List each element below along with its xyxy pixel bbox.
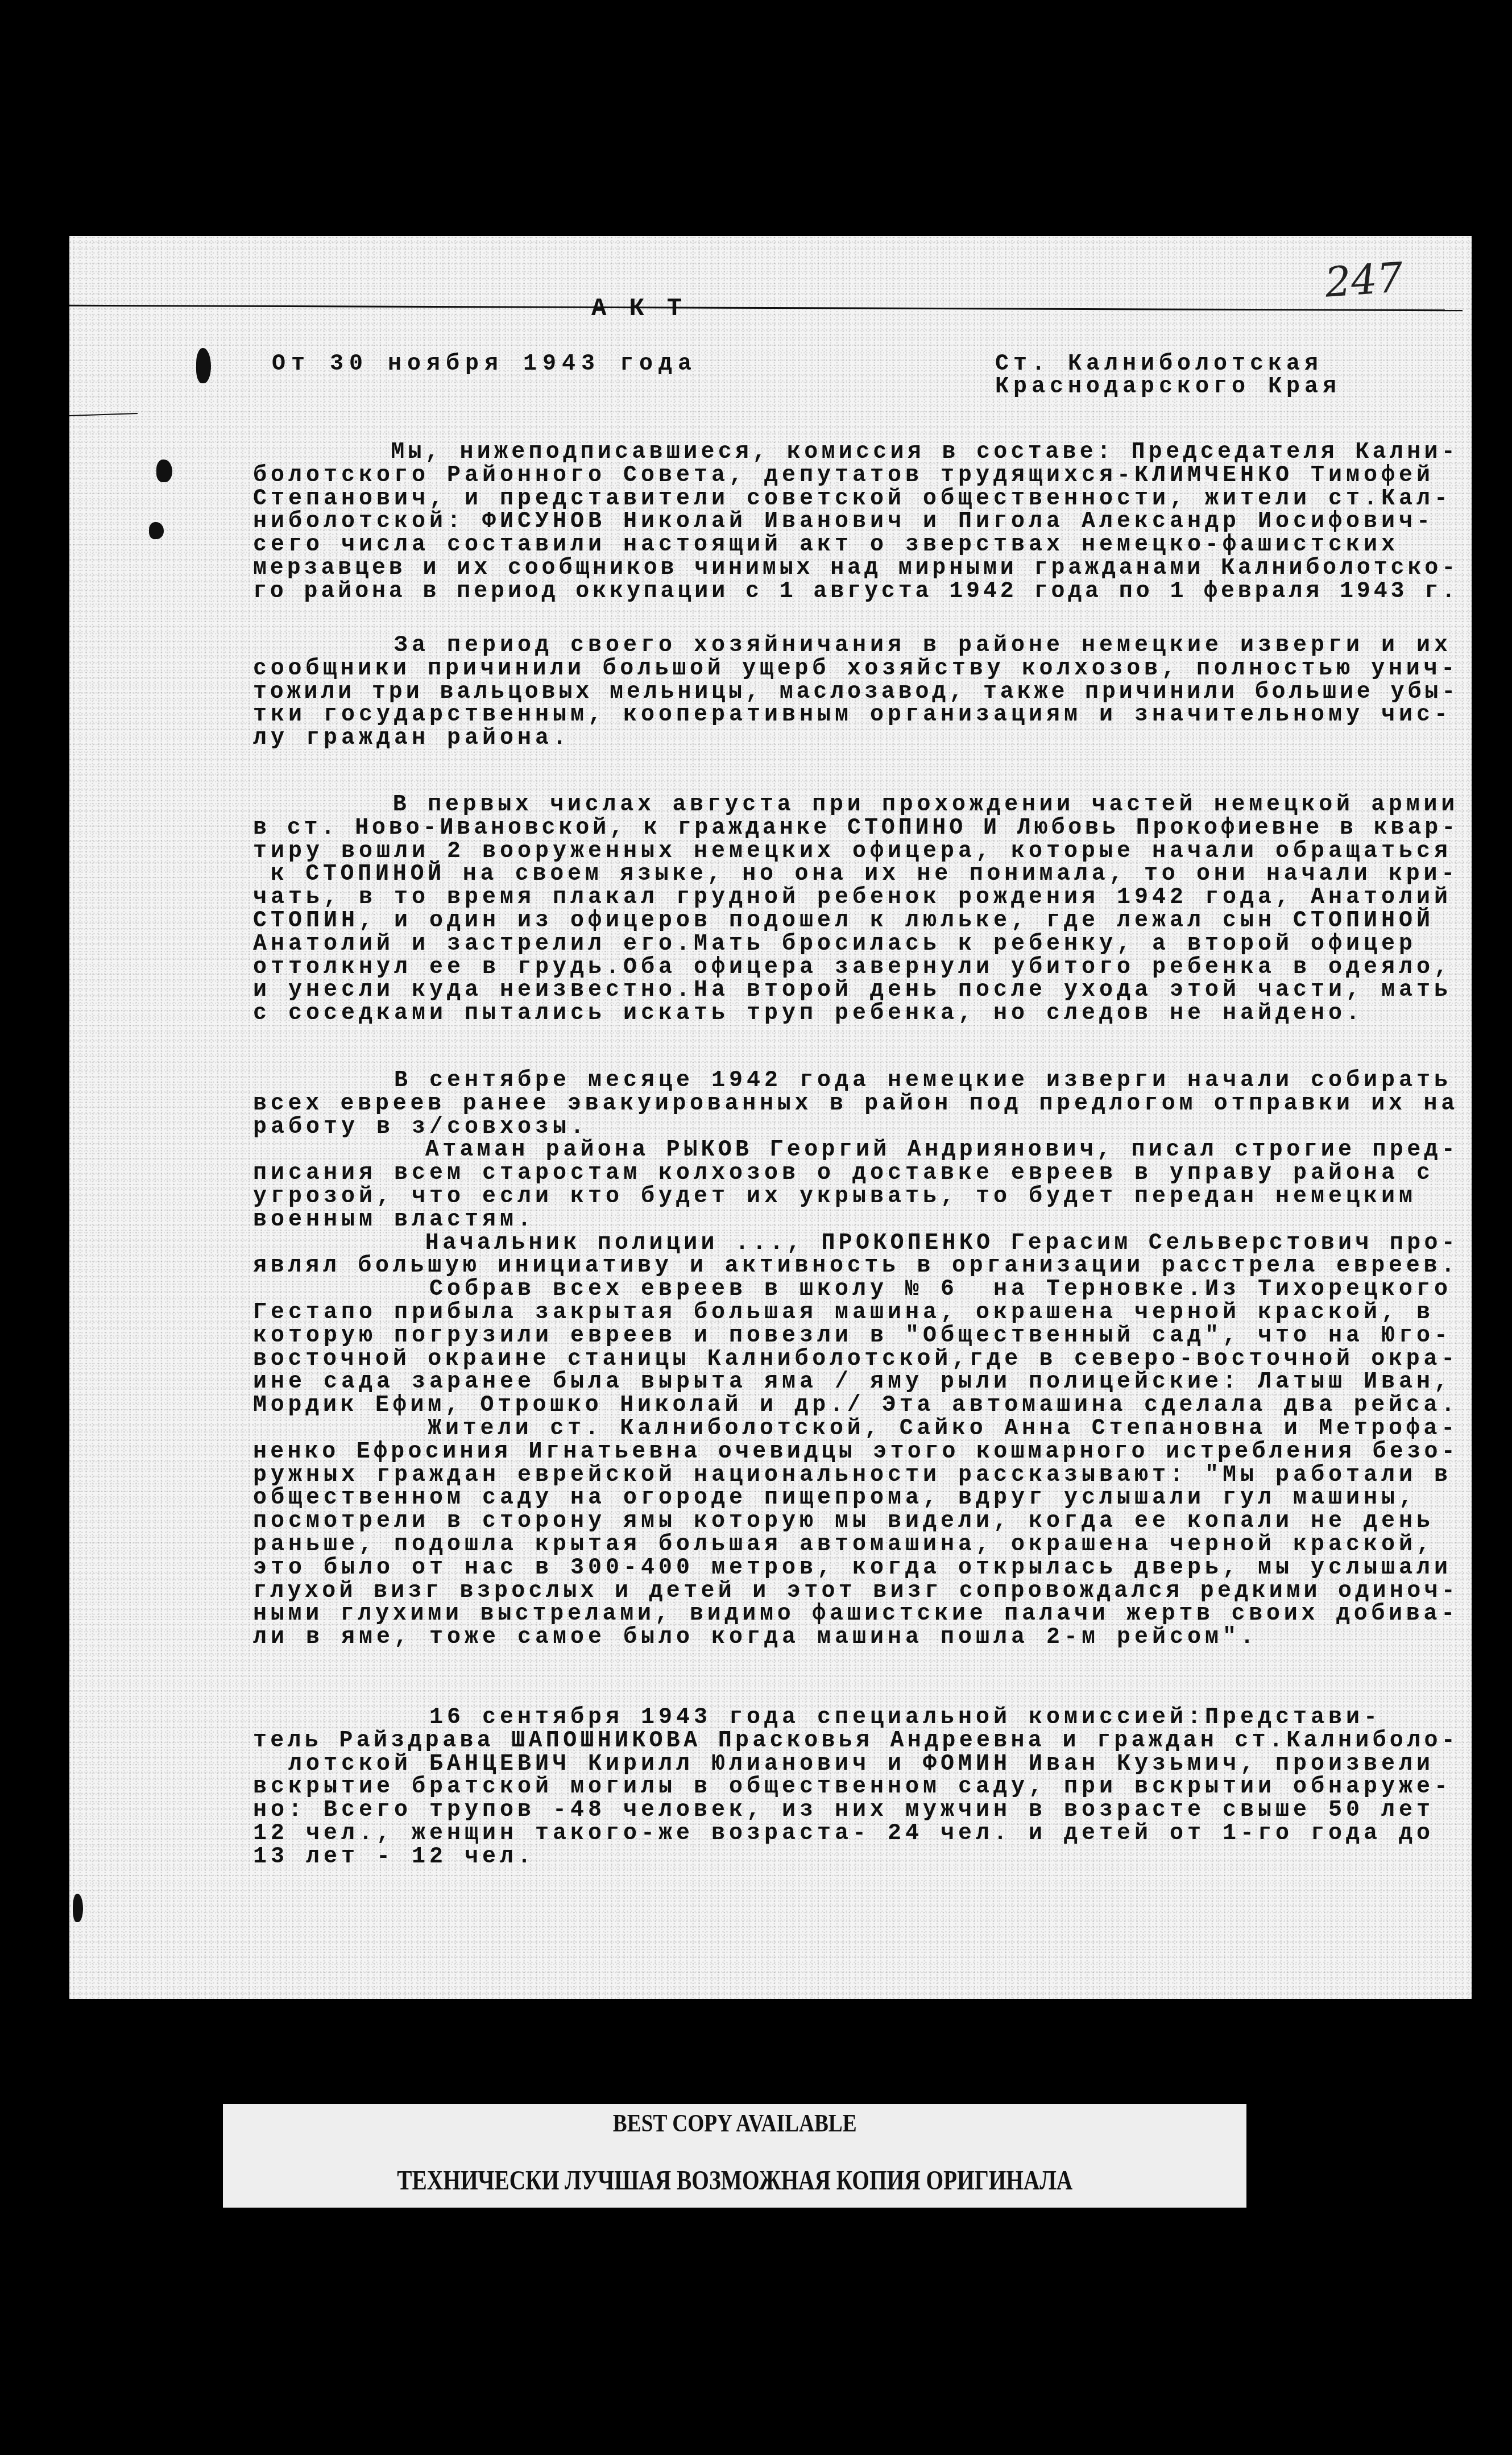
typed-line-stopino: чать, в то время плакал грудной ребенок … [253, 886, 1452, 909]
typed-line-intro: Мы, нижеподписавшиеся, комиссия в состав… [253, 441, 1459, 464]
typed-line-damage: тожили три вальцовых мельницы, маслозаво… [253, 681, 1459, 704]
typed-line-stopino: СТОПИН, и один из офицеров подошел к люл… [253, 909, 1434, 933]
handwritten-page-number: 247 [1323, 253, 1405, 306]
typed-line-september: Гестапо прибыла закрытая большая машина,… [253, 1301, 1434, 1324]
typed-line-september: ружных граждан еврейской национальности … [253, 1464, 1452, 1487]
banner-russian-text: ТЕХНИЧЕСКИ ЛУЧШАЯ ВОЗМОЖНАЯ КОПИЯ ОРИГИН… [397, 2165, 1072, 2196]
typed-line-stopino: к СТОПИНОЙ на своем языке, но она их не … [253, 863, 1459, 886]
typed-line-intro: Степанович, и представители советской об… [253, 487, 1452, 511]
typed-line-exhumation: лотской БАНЦЕВИЧ Кирилл Юлианович и ФОМИ… [253, 1753, 1434, 1776]
typed-line-stopino: в ст. Ново-Ивановской, к гражданке СТОПИ… [253, 817, 1459, 840]
typed-line-september: ине сада заранее была вырыта яма / яму р… [253, 1371, 1452, 1394]
typed-line-intro: мерзавцев и их сообщников чинимых над ми… [253, 557, 1459, 580]
typed-line-september: Мордик Ефим, Отрошко Николай и др./ Эта … [253, 1394, 1459, 1417]
typed-line-damage: За период своего хозяйничания в районе н… [253, 634, 1452, 657]
ink-blot-mark [156, 459, 172, 482]
typed-line-september: писания всем старостам колхозов о достав… [253, 1162, 1434, 1185]
typed-line-september: В сентябре месяце 1942 года немецкие изв… [253, 1069, 1452, 1092]
typed-line-september: работу в з/совхозы. [253, 1116, 588, 1139]
typed-line-september: это было от нас в 300-400 метров, когда … [253, 1556, 1452, 1580]
typed-line-intro: го района в период оккупации с 1 августа… [253, 580, 1459, 603]
typed-line-september: военным властям. [253, 1208, 535, 1232]
typed-line-september: Начальник полиции ..., ПРОКОПЕНКО Гераси… [253, 1232, 1459, 1255]
typed-line-september: общественном саду на огороде пищепрома, … [253, 1487, 1416, 1510]
typed-line-september: Атаман района РЫКОВ Георгий Андриянович,… [253, 1139, 1459, 1162]
typed-line-september: посмотрели в сторону ямы которую мы виде… [253, 1510, 1434, 1533]
document-place-line-1: Ст. Калниболотская [995, 353, 1323, 376]
typed-line-stopino: тиру вошли 2 вооруженных немецких офицер… [253, 840, 1452, 863]
typed-line-september: ненко Ефросиния Игнатьевна очевидцы этог… [253, 1440, 1459, 1464]
ink-blot-mark [149, 522, 164, 539]
copy-quality-banner: BEST COPY AVAILABLE ТЕХНИЧЕСКИ ЛУЧШАЯ ВО… [223, 2104, 1246, 2208]
typed-line-september: глухой визг взрослых и детей и этот визг… [253, 1580, 1459, 1603]
typed-line-damage: сообщники причинили большой ущерб хозяйс… [253, 657, 1459, 681]
typed-line-exhumation: 12 чел., женщин такого-же возраста- 24 ч… [253, 1822, 1434, 1845]
typed-line-stopino: оттолкнул ее в грудь.Оба офицера заверну… [253, 956, 1452, 979]
typed-line-intro: ниболотской: ФИСУНОВ Николай Иванович и … [253, 510, 1434, 533]
typed-line-september: всех евреев ранее эвакуированных в район… [253, 1092, 1459, 1116]
document-place-line-2: Краснодарского Края [995, 375, 1341, 399]
document-date: От 30 ноября 1943 года [272, 353, 697, 376]
typed-line-stopino: и унесли куда неизвестно.На второй день … [253, 979, 1452, 1002]
typed-line-september: восточной окраине станицы Калниболотской… [253, 1348, 1459, 1371]
document-title: АКТ [591, 295, 705, 323]
typed-line-september: являл большую инициативу и активность в … [253, 1255, 1459, 1278]
typed-line-damage: тки государственным, кооперативным орган… [253, 703, 1452, 727]
ink-blot-mark [196, 348, 211, 383]
typed-line-exhumation: тель Райздрава ШАПОШНИКОВА Прасковья Анд… [253, 1729, 1459, 1753]
typed-line-september: ными глухими выстрелами, видимо фашистск… [253, 1603, 1459, 1626]
typed-line-september: ли в яме, тоже самое было когда машина п… [253, 1626, 1258, 1649]
banner-english-text: BEST COPY AVAILABLE [613, 2109, 857, 2138]
typed-line-exhumation: вскрытие братской могилы в общественном … [253, 1775, 1452, 1799]
typed-line-intro: болотского Районного Совета, депутатов т… [253, 464, 1434, 487]
typed-line-stopino: Анатолий и застрелил его.Мать бросилась … [253, 933, 1416, 956]
typed-line-damage: лу граждан района. [253, 727, 570, 750]
typed-line-exhumation: 13 лет - 12 чел. [253, 1845, 535, 1869]
typed-line-intro: сего числа составили настоящий акт о зве… [253, 533, 1399, 557]
typed-line-exhumation: 16 сентября 1943 года специальной комисс… [253, 1706, 1381, 1729]
typed-line-september: Жители ст. Калниболотской, Сайко Анна Ст… [253, 1417, 1459, 1440]
typed-line-stopino: с соседками пытались искать труп ребенка… [253, 1002, 1364, 1025]
typed-line-exhumation: но: Всего трупов -48 человек, из них муж… [253, 1799, 1434, 1822]
typed-line-september: раньше, подошла крытая большая автомашин… [253, 1533, 1434, 1556]
typed-line-september: Собрав всех евреев в школу № 6 на Тернов… [253, 1278, 1452, 1301]
typed-line-stopino: В первых числах августа при прохождении … [253, 793, 1459, 817]
typed-line-september: которую погрузили евреев и повезли в "Об… [253, 1324, 1452, 1348]
ink-blot-mark [73, 1894, 83, 1922]
typed-line-september: угрозой, что если кто будет их укрывать,… [253, 1185, 1416, 1208]
